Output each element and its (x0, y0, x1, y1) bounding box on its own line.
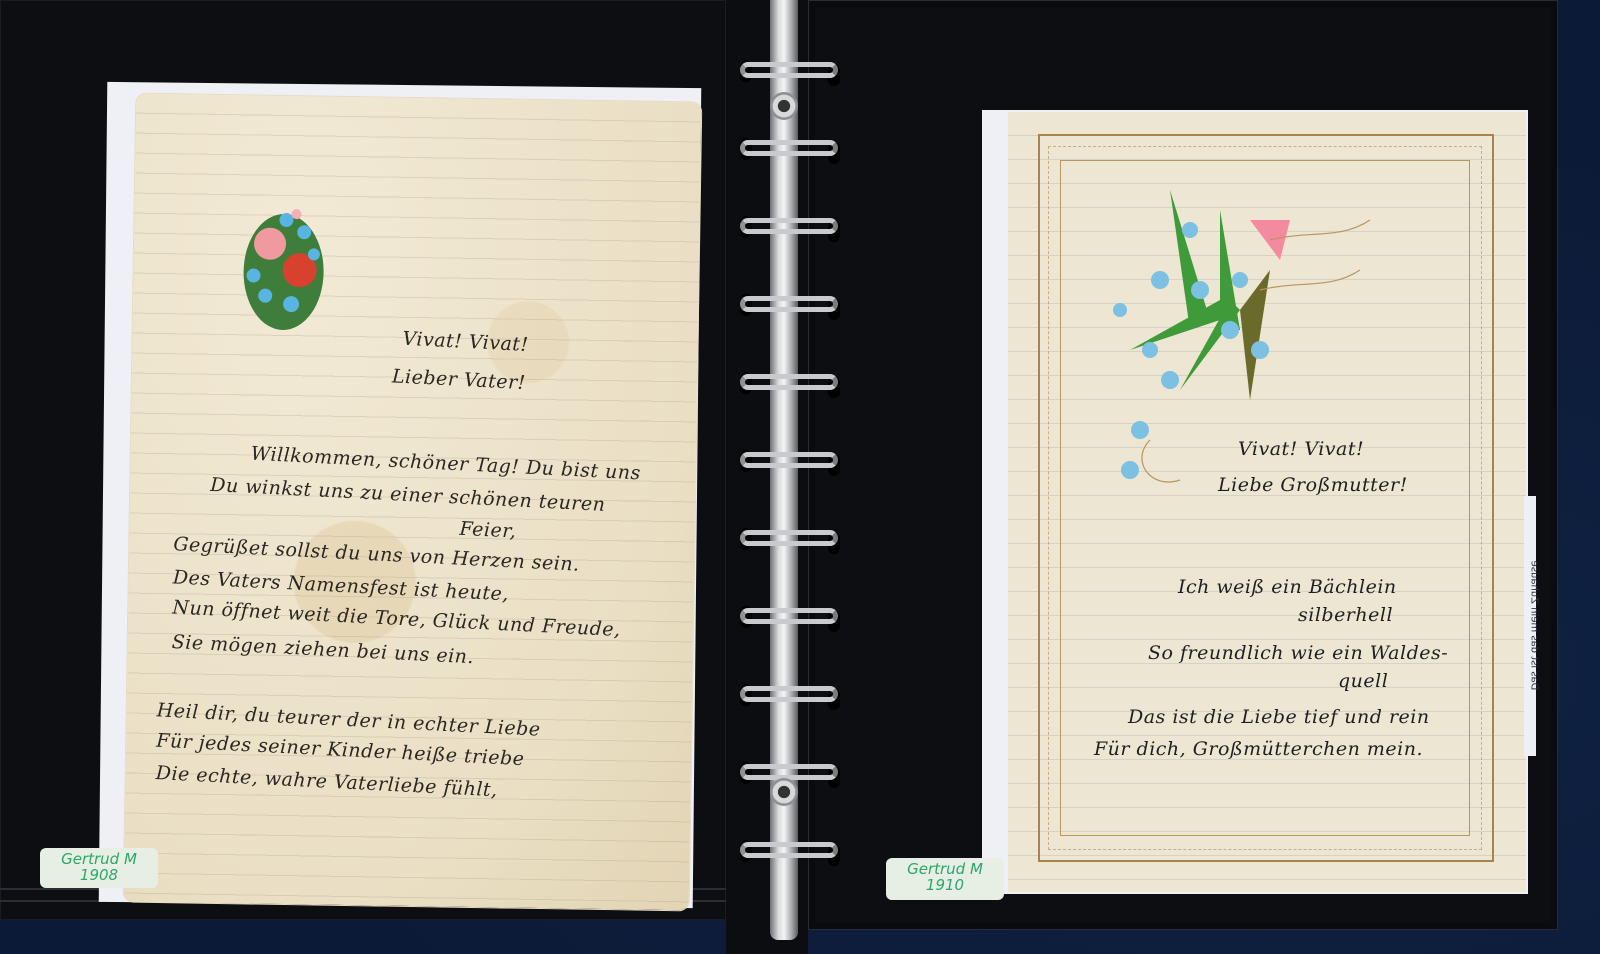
salutation-line: Vivat! Vivat! (402, 328, 529, 356)
rivet (770, 778, 798, 806)
owner-label: Gertrud M 1908 (40, 848, 158, 888)
forget-me-not-bouquet-icon (1090, 180, 1380, 510)
letter-year: 1910 (890, 877, 1000, 893)
body-line: Du winkst uns zu einer schönen teuren (210, 474, 606, 516)
binder-ring (740, 372, 840, 394)
binder-ring (740, 450, 840, 472)
binder-ring (740, 216, 840, 238)
salutation-line: Lieber Vater! (391, 365, 526, 394)
letter-year: 1908 (44, 867, 154, 883)
owner-name: Gertrud M (44, 851, 154, 867)
binder-ring (740, 138, 840, 160)
owner-name: Gertrud M (890, 861, 1000, 877)
binder-ring (740, 840, 840, 862)
edge-strip-mirrored-text: Das ist das mein Zuhause (1524, 496, 1536, 756)
body-line: silberhell (1298, 604, 1393, 626)
mirrored-caption: Das ist das mein Zuhause (1529, 496, 1540, 756)
body-line: Ich weiß ein Bächlein (1178, 576, 1397, 598)
body-line: Sie mögen ziehen bei uns ein. (171, 631, 474, 668)
body-line: So freundlich wie ein Waldes- (1148, 642, 1448, 664)
body-line: Für dich, Großmütterchen mein. (1094, 738, 1423, 760)
binder-ring (740, 684, 840, 706)
binder-ring (740, 294, 840, 316)
body-line: Feier, (459, 518, 517, 543)
owner-label: Gertrud M 1910 (886, 858, 1004, 900)
binder-ring (740, 60, 840, 82)
binder-ring (740, 606, 840, 628)
body-line: quell (1338, 670, 1388, 692)
rose-bouquet-icon (233, 199, 335, 341)
left-letter: Vivat! Vivat! Lieber Vater! Willkommen, … (124, 94, 702, 911)
body-line: Die echte, wahre Vaterliebe fühlt, (155, 762, 498, 801)
binder-ring (740, 528, 840, 550)
rivet (770, 92, 798, 120)
body-line: Das ist die Liebe tief und rein (1128, 706, 1430, 728)
